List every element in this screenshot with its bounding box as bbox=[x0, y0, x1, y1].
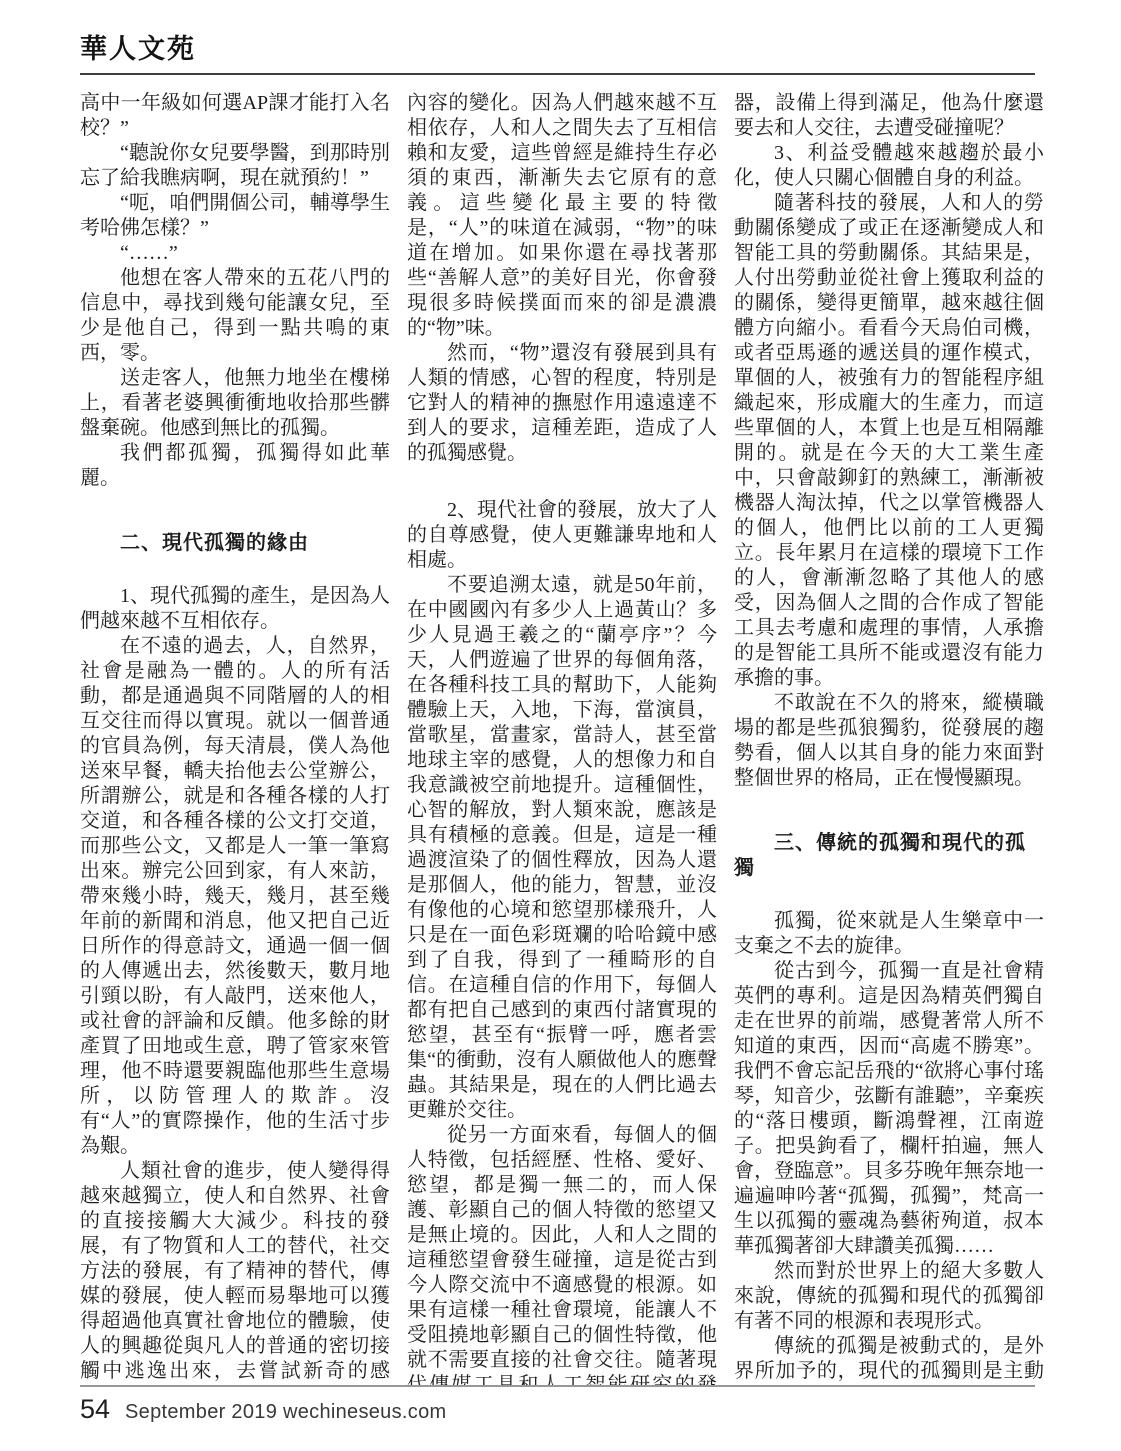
body-paragraph: “……” bbox=[80, 241, 390, 266]
body-paragraph: 1、現代孤獨的產生，是因為人們越來越不互相依存。 bbox=[80, 584, 390, 634]
body-paragraph: “聽說你女兒要學醫，到那時別忘了給我瞧病啊，現在就預約！” bbox=[80, 141, 390, 191]
footer-rule bbox=[80, 1385, 1035, 1387]
page-header: 華人文苑 bbox=[80, 34, 1035, 75]
body-paragraph: 然而，“物”還沒有發展到具有人類的情感，心智的程度，特別是它對人的精神的撫慰作用… bbox=[407, 341, 717, 466]
subsection-heading: 二、現代孤獨的緣由 bbox=[80, 531, 390, 556]
text-column-3: 器，設備上得到滿足，他為什麼還要去和人交往，去遭受碰撞呢？ 3、利益受體越來越趨… bbox=[734, 91, 1044, 1385]
body-paragraph: 不要追溯太遠，就是50年前，在中國國內有多少人上過黃山？多少人見過王羲之的“蘭亭… bbox=[407, 573, 717, 1123]
continued-paragraph: 內容的變化。因為人們越來越不互相依存，人和人之間失去了互相信賴和友愛，這些曾經是… bbox=[407, 91, 717, 341]
article-columns: 高中一年級如何選AP課才能打入名校？” “聽說你女兒要學醫，到那時別忘了給我瞧病… bbox=[80, 91, 1044, 1385]
section-banner-title: 華人文苑 bbox=[80, 34, 1035, 64]
body-paragraph: 他想在客人帶來的五花八門的信息中，尋找到幾句能讓女兒，至少是他自己，得到一點共鳴… bbox=[80, 266, 390, 366]
continued-paragraph: 高中一年級如何選AP課才能打入名校？” bbox=[80, 91, 390, 141]
continued-paragraph: 器，設備上得到滿足，他為什麼還要去和人交往，去遭受碰撞呢？ bbox=[734, 91, 1044, 141]
body-paragraph: 在不遠的過去，人，自然界，社會是融為一體的。人的所有活動，都是通過與不同階層的人… bbox=[80, 634, 390, 1159]
body-paragraph: 孤獨，從來就是人生樂章中一支棄之不去的旋律。 bbox=[734, 909, 1044, 959]
page-footer: 54 September 2019 wechineseus.com bbox=[80, 1385, 1035, 1451]
body-paragraph: 我們都孤獨，孤獨得如此華麗。 bbox=[80, 441, 390, 491]
body-paragraph: 傳統的孤獨是被動式的，是外界所加予的，現代的孤獨則是主動式的，是自身去尋取的。我… bbox=[734, 1334, 1044, 1385]
body-paragraph: 然而對於世界上的絕大多數人來說，傳統的孤獨和現代的孤獨卻有著不同的根源和表現形式… bbox=[734, 1259, 1044, 1334]
header-rule bbox=[80, 73, 1035, 75]
body-paragraph: 從古到今，孤獨一直是社會精英們的專利。這是因為精英們獨自走在世界的前端，感覺著常… bbox=[734, 959, 1044, 1259]
body-paragraph: 不敢說在不久的將來，縱橫職場的都是些孤狼獨豹，從發展的趨勢看，個人以其自身的能力… bbox=[734, 691, 1044, 791]
footer-line: 54 September 2019 wechineseus.com bbox=[80, 1394, 1035, 1425]
magazine-page: 華人文苑 高中一年級如何選AP課才能打入名校？” “聽說你女兒要學醫，到那時別忘… bbox=[0, 0, 1121, 1451]
subsection-heading: 三、傳統的孤獨和現代的孤獨 bbox=[734, 831, 1044, 881]
body-paragraph: 人類社會的進步，使人變得得越來越獨立，使人和自然界、社會的直接接觸大大減少。科技… bbox=[80, 1159, 390, 1385]
body-paragraph: 2、現代社會的發展，放大了人的自尊感覺，使人更難謙卑地和人相處。 bbox=[407, 498, 717, 573]
body-paragraph: 送走客人，他無力地坐在樓梯上，看著老婆興衝衝地收拾那些髒盤棄碗。他感到無比的孤獨… bbox=[80, 366, 390, 441]
text-column-2: 內容的變化。因為人們越來越不互相依存，人和人之間失去了互相信賴和友愛，這些曾經是… bbox=[407, 91, 717, 1385]
text-column-1: 高中一年級如何選AP課才能打入名校？” “聽說你女兒要學醫，到那時別忘了給我瞧病… bbox=[80, 91, 390, 1385]
body-paragraph: 隨著科技的發展，人和人的勞動關係變成了或正在逐漸變成人和智能工具的勞動關係。其結… bbox=[734, 191, 1044, 691]
page-number: 54 bbox=[80, 1394, 110, 1425]
body-paragraph: 3、利益受體越來越趨於最小化，使人只關心個體自身的利益。 bbox=[734, 141, 1044, 191]
issue-info: September 2019 wechineseus.com bbox=[125, 1401, 446, 1424]
body-paragraph: 從另一方面來看，每個人的個人特徵，包括經歷、性格、愛好、慾望，都是獨一無二的，而… bbox=[407, 1123, 717, 1385]
body-paragraph: “呃，咱們開個公司，輔導學生考哈佛怎樣？” bbox=[80, 191, 390, 241]
